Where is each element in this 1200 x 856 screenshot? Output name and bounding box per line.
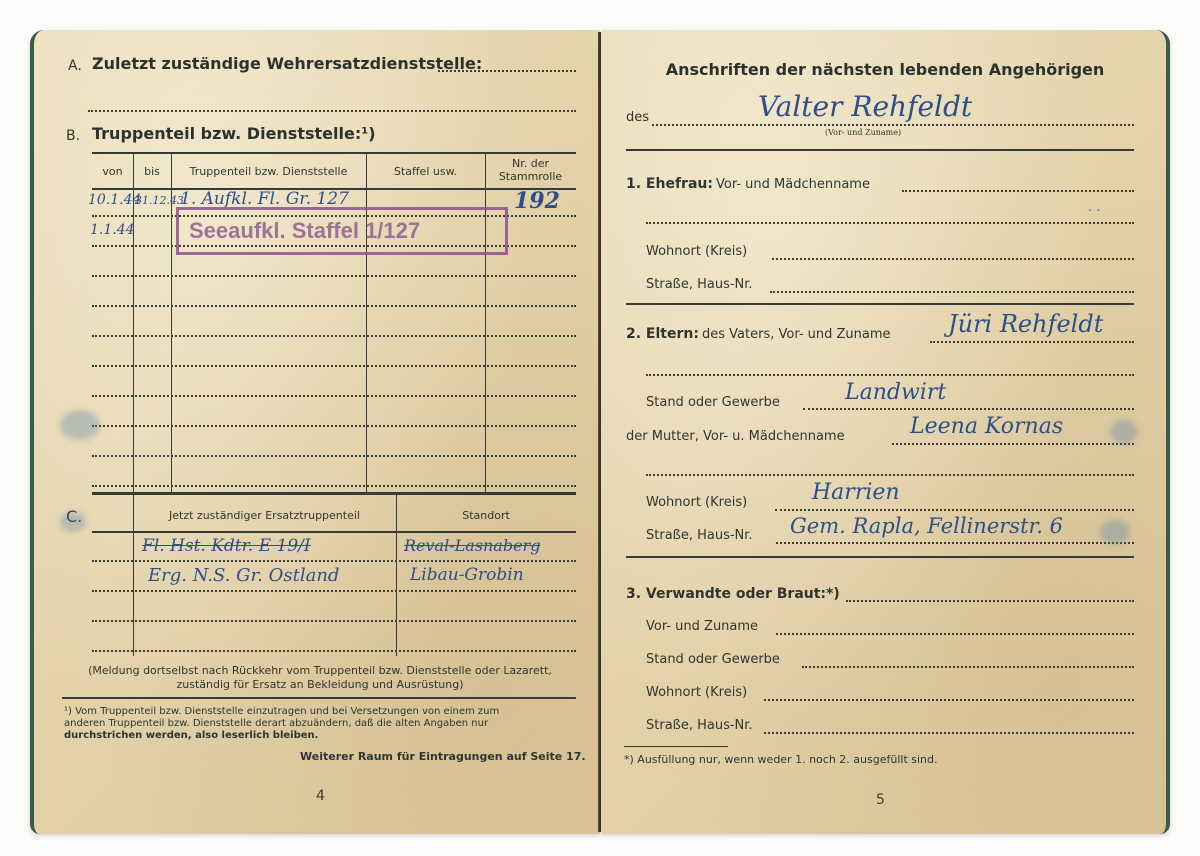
- table-row-line[interactable]: [92, 455, 576, 457]
- stand-value: Landwirt: [845, 380, 946, 405]
- section-divider: [626, 556, 1134, 558]
- ehefrau-name-field[interactable]: [902, 190, 1134, 192]
- footnote-line-3: durchstrichen werden, also leserlich ble…: [64, 730, 318, 741]
- unit-stamp: Seeaufkl. Staffel 1/127: [176, 207, 508, 255]
- row1-standort: Reval-Lasnaberg: [404, 536, 540, 555]
- row2-standort: Libau-Grobin: [410, 565, 524, 585]
- row1-truppenteil: 1. Aufkl. Fl. Gr. 127: [180, 189, 349, 209]
- page-number-left: 4: [316, 788, 325, 804]
- des-label: des: [626, 110, 649, 125]
- footnote-line-1: ¹) Vom Truppenteil bzw. Dienststelle ein…: [64, 706, 499, 717]
- verwandte-strasse-field[interactable]: [764, 732, 1134, 734]
- section-divider: [626, 303, 1134, 305]
- table-row-line[interactable]: [92, 335, 576, 337]
- eltern-wohnort-value: Harrien: [812, 480, 900, 505]
- ink-mark: . .: [1088, 200, 1100, 215]
- footnote-line-2: anderen Truppenteil bzw. Dienststelle de…: [64, 718, 488, 729]
- section-c-note-1: (Meldung dortselbst nach Rückkehr vom Tr…: [60, 664, 580, 677]
- vater-field-2[interactable]: [646, 374, 1134, 376]
- ehefrau-name-field-2[interactable]: [646, 222, 1134, 224]
- verwandte-strasse-label: Straße, Haus-Nr.: [646, 718, 753, 733]
- table-row-line[interactable]: [92, 560, 576, 562]
- section-a-title: Zuletzt zuständige Wehrersatzdienststell…: [92, 54, 482, 73]
- ehefrau-strasse-field[interactable]: [770, 291, 1134, 293]
- footnote-divider: [624, 746, 728, 747]
- eltern-strasse-field[interactable]: [776, 542, 1134, 544]
- des-caption: (Vor- und Zuname): [825, 128, 901, 137]
- section-1-title: 1. Ehefrau:: [626, 176, 713, 192]
- vater-label: des Vaters, Vor- und Zuname: [702, 327, 891, 342]
- table-row-line[interactable]: [92, 365, 576, 367]
- row1-bis: 31.12.43: [135, 194, 184, 207]
- table-row-line[interactable]: [92, 305, 576, 307]
- section-2-title: 2. Eltern:: [626, 326, 699, 342]
- mutter-label: der Mutter, Vor- u. Mädchenname: [626, 429, 845, 444]
- vater-value: Jüri Rehfeldt: [948, 310, 1103, 338]
- table-row-line[interactable]: [92, 485, 576, 487]
- table-row-line[interactable]: [92, 590, 576, 592]
- ink-smudge: [1110, 420, 1138, 444]
- ink-smudge: [60, 410, 100, 440]
- ink-smudge: [1100, 520, 1130, 544]
- mutter-field[interactable]: [892, 443, 1134, 445]
- eltern-strasse-label: Straße, Haus-Nr.: [646, 528, 753, 543]
- ehefrau-name-label: Vor- und Mädchenname: [716, 177, 870, 192]
- verwandte-wohnort-label: Wohnort (Kreis): [646, 685, 747, 700]
- right-footnote: *) Ausfüllung nur, wenn weder 1. noch 2.…: [624, 753, 938, 766]
- eltern-wohnort-field[interactable]: [775, 509, 1134, 511]
- mutter-value: Leena Kornas: [910, 414, 1063, 439]
- table-row-line[interactable]: [92, 620, 576, 622]
- header-von: von: [92, 165, 133, 178]
- section-a-field-line[interactable]: [438, 70, 576, 72]
- table-row-line[interactable]: [92, 425, 576, 427]
- header-standort: Standort: [396, 509, 576, 522]
- eltern-wohnort-label: Wohnort (Kreis): [646, 495, 747, 510]
- more-space-note: Weiterer Raum für Eintragungen auf Seite…: [300, 750, 586, 763]
- section-a-field-line-2[interactable]: [88, 110, 576, 112]
- page-number-right: 5: [876, 792, 885, 808]
- ehefrau-wohnort-field[interactable]: [772, 258, 1134, 260]
- ink-smudge: [60, 512, 86, 532]
- verwandte-field[interactable]: [846, 600, 1134, 602]
- section-3-title: 3. Verwandte oder Braut:*): [626, 586, 840, 602]
- stand-label: Stand oder Gewerbe: [646, 395, 780, 410]
- header-ersatztruppenteil: Jetzt zuständiger Ersatztruppenteil: [133, 509, 396, 522]
- row2-ersatztruppenteil: Erg. N.S. Gr. Ostland: [148, 565, 339, 586]
- header-nr-stammrolle: Nr. der Stammrolle: [485, 157, 576, 183]
- section-b-label: B.: [66, 128, 80, 144]
- verwandte-stand-label: Stand oder Gewerbe: [646, 652, 780, 667]
- table-row-line[interactable]: [92, 275, 576, 277]
- table-row-line[interactable]: [92, 395, 576, 397]
- stand-field[interactable]: [803, 408, 1134, 410]
- verwandte-name-label: Vor- und Zuname: [646, 619, 758, 634]
- row1-von: 10.1.44: [88, 192, 141, 208]
- right-page-title: Anschriften der nächsten lebenden Angehö…: [620, 60, 1150, 79]
- header-truppenteil: Truppenteil bzw. Dienststelle: [171, 165, 366, 178]
- des-field-line[interactable]: [652, 124, 1134, 126]
- table-row-line[interactable]: [92, 650, 576, 652]
- row1-ersatztruppenteil: Fl. Hst. Kdtr. E 19/I: [142, 536, 311, 556]
- row1-stammrolle-nr: 192: [514, 188, 560, 214]
- header-bis: bis: [133, 165, 171, 178]
- section-c-note-2: zuständig für Ersatz an Bekleidung und A…: [60, 678, 580, 691]
- row2-von: 1.1.44: [90, 222, 135, 238]
- verwandte-name-field[interactable]: [776, 633, 1134, 635]
- eltern-strasse-value: Gem. Rapla, Fellinerstr. 6: [790, 514, 1063, 538]
- footnote-divider: [62, 697, 576, 699]
- mutter-field-2[interactable]: [646, 474, 1134, 476]
- header-staffel: Staffel usw.: [366, 165, 485, 178]
- verwandte-stand-field[interactable]: [802, 666, 1134, 668]
- vater-field[interactable]: [930, 341, 1134, 343]
- section-a-label: A.: [68, 58, 82, 74]
- ehefrau-strasse-label: Straße, Haus-Nr.: [646, 277, 753, 292]
- section-b-title: Truppenteil bzw. Dienststelle:¹): [92, 124, 376, 143]
- des-value: Valter Rehfeldt: [758, 90, 972, 123]
- verwandte-wohnort-field[interactable]: [764, 699, 1134, 701]
- section-divider: [626, 149, 1134, 151]
- ehefrau-wohnort-label: Wohnort (Kreis): [646, 244, 747, 259]
